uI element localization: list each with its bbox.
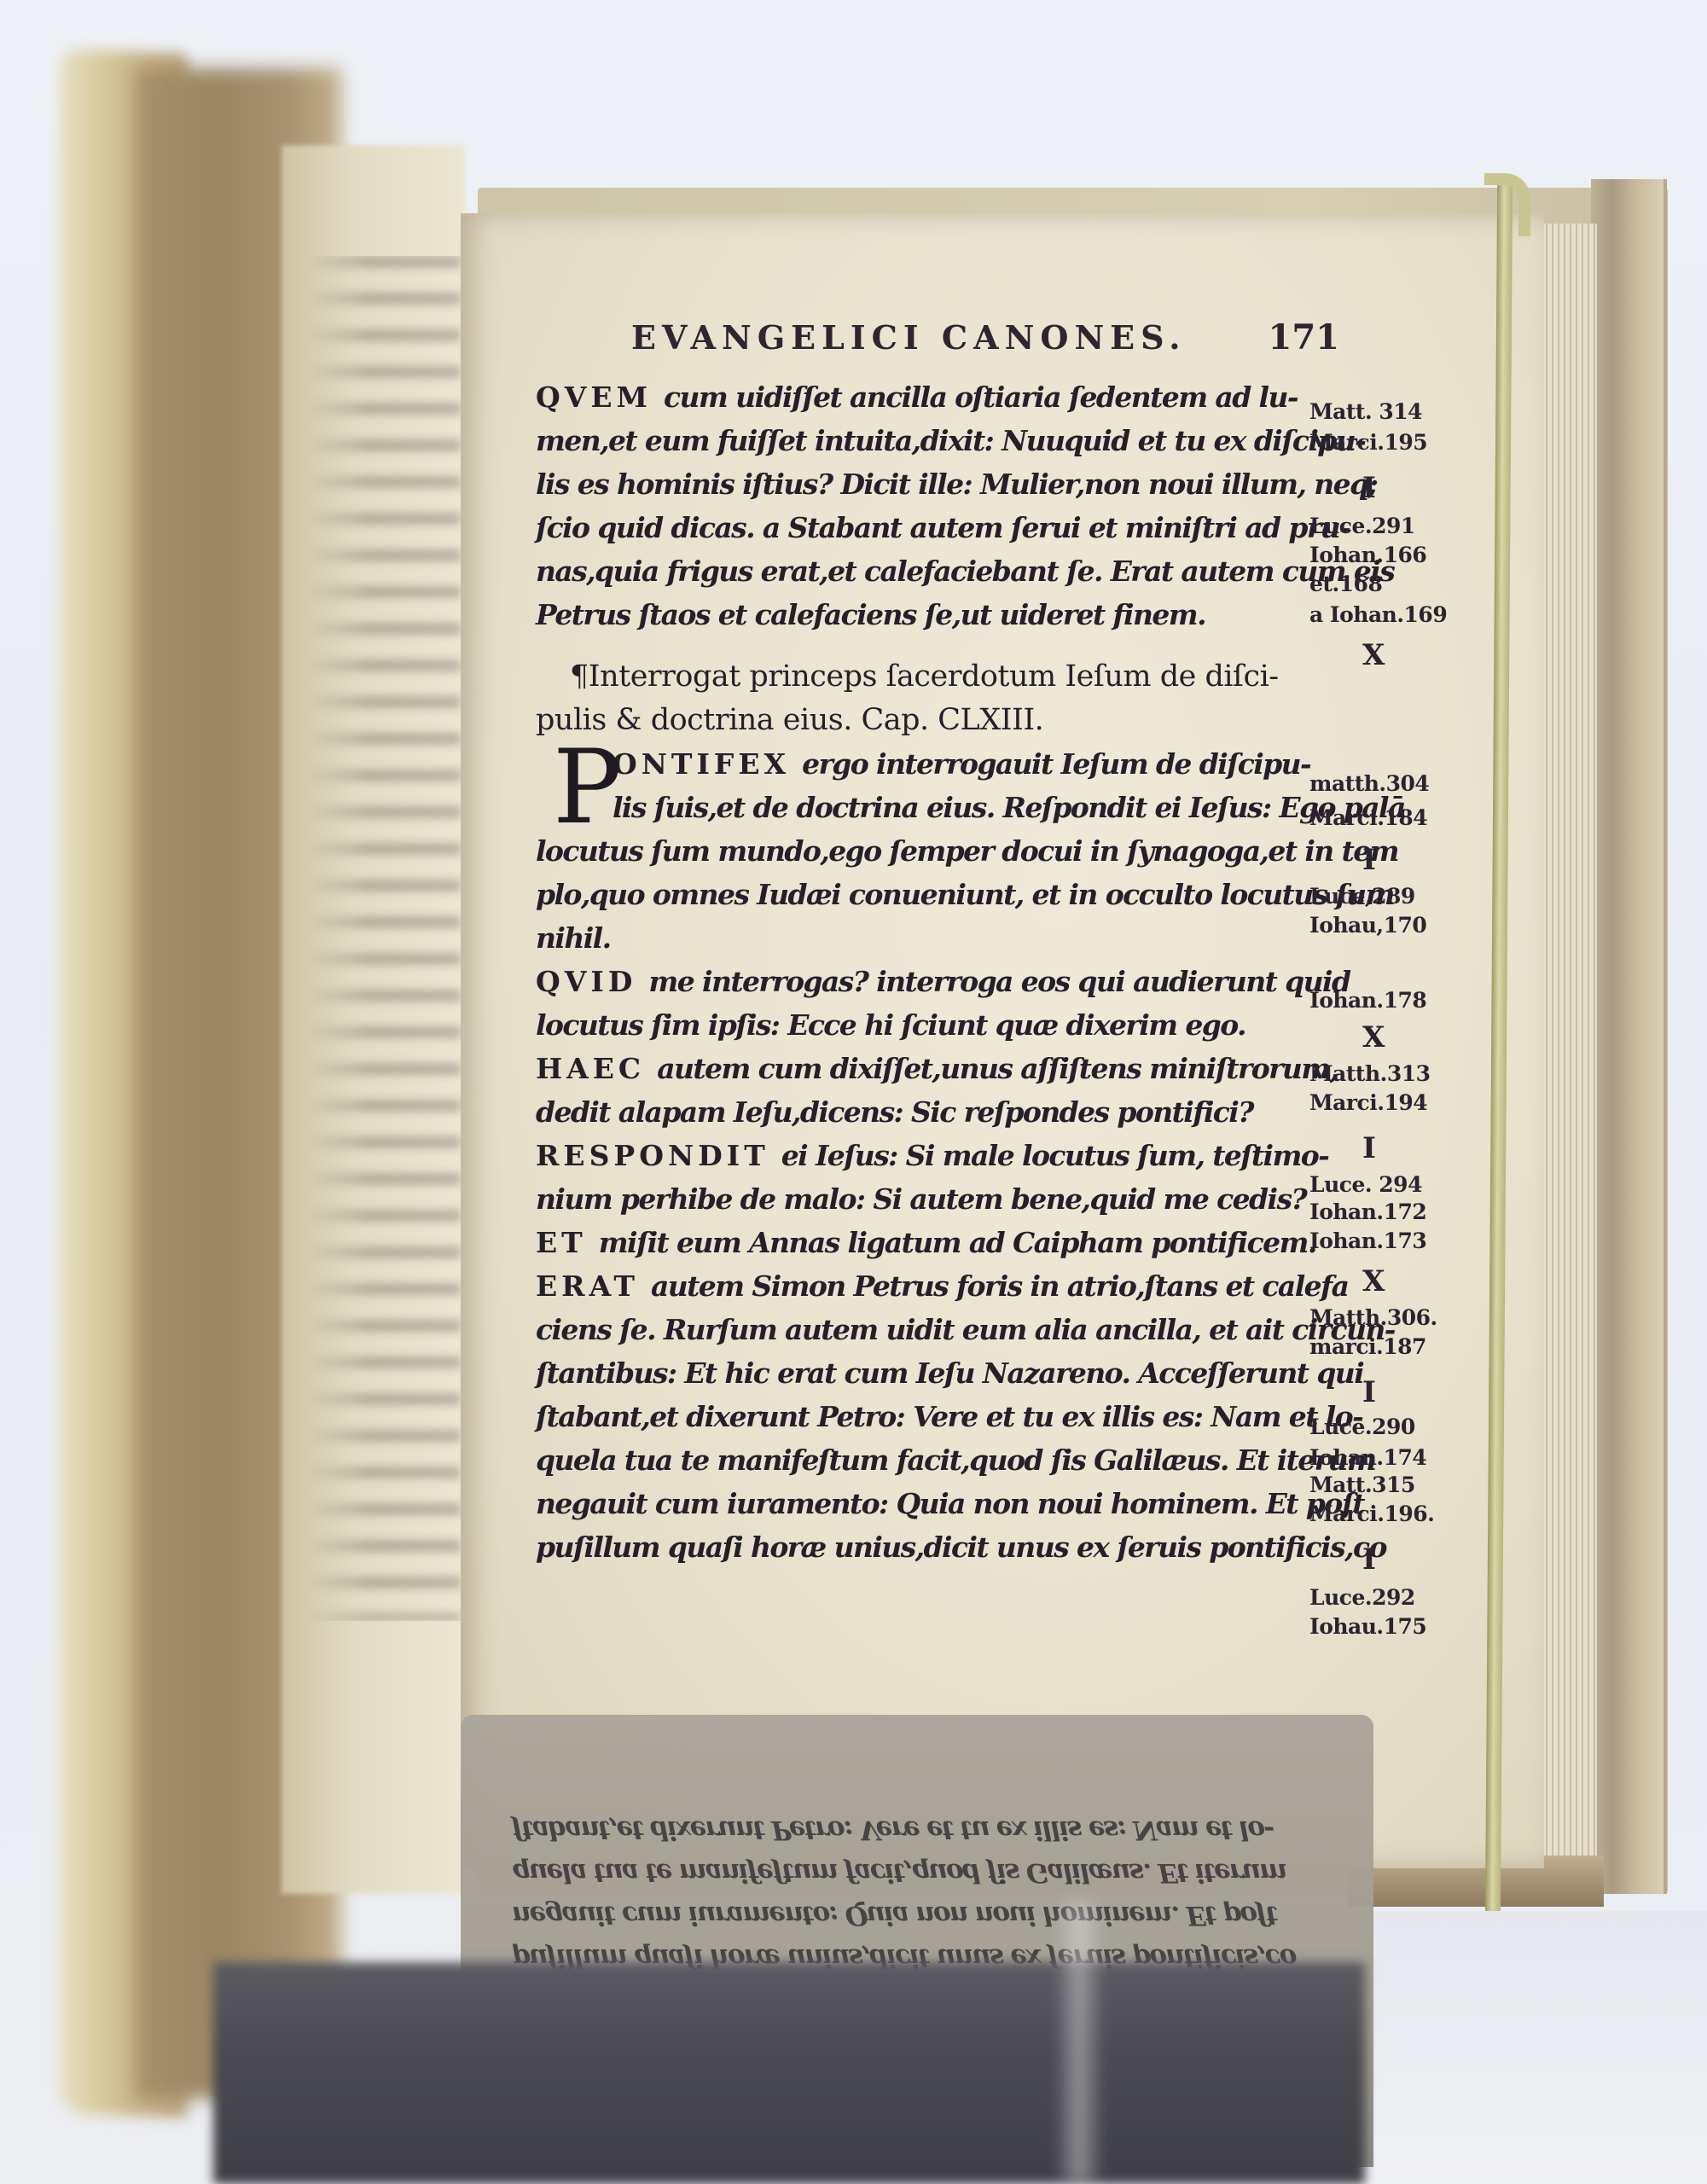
line-text: miſit eum Annas ligatum ad Caipham ponti… — [599, 1226, 1316, 1259]
margin-reference: Marci.195 — [1309, 430, 1427, 455]
text-line: puſillum quaſi horæ unius,dicit unus ex … — [536, 1525, 1321, 1569]
text-line: Petrus ſtaos et calefaciens ſe,ut uidere… — [536, 593, 1321, 636]
text-line: lis ſuis,et de doctrina eius. Reſpondit … — [536, 786, 1321, 829]
margin-reference: matth.304 — [1309, 771, 1429, 796]
paragraph-gap — [536, 636, 1321, 655]
margin-reference: Iohan.172 — [1309, 1199, 1426, 1224]
margin-reference: Luce,289 — [1309, 884, 1415, 909]
text-line: lis es hominis iſtius? Dicit ille: Mulie… — [536, 462, 1321, 506]
text-line: nihil. — [536, 916, 1321, 960]
text-line: plo,quo omnes Iudæi conueniunt, et in oc… — [536, 873, 1321, 916]
main-text-block: QVEMcum uidiſſet ancilla oſtiaria ſedent… — [536, 375, 1321, 1569]
text-line: locutus ſum mundo,ego ſemper docui in ſy… — [536, 829, 1321, 873]
text-line: HAECautem cum dixiſſet,unus aſſiſtens mi… — [536, 1047, 1321, 1090]
paragraph-lead: QVEM — [536, 380, 652, 414]
page-number: 171 — [1269, 317, 1340, 357]
paragraph-lead: HAEC — [536, 1052, 645, 1085]
margin-reference: Iohau.175 — [1309, 1614, 1426, 1639]
text-line: men,et eum fuiſſet intuita,dixit: Nuuqui… — [536, 419, 1321, 462]
text-line: QVEMcum uidiſſet ancilla oſtiaria ſedent… — [536, 375, 1321, 419]
running-title: EVANGELICI CANONES. — [631, 318, 1186, 357]
paragraph-lead: ET — [536, 1226, 587, 1259]
margin-reference: Luce.292 — [1309, 1585, 1415, 1610]
margin-reference: Marci.184 — [1309, 805, 1427, 830]
concordance-mark: I — [1362, 471, 1375, 505]
margin-reference: Marci.196. — [1309, 1501, 1434, 1526]
margin-reference: Iohau,170 — [1309, 913, 1426, 938]
margin-reference: Matth.313 — [1309, 1061, 1431, 1086]
margin-reference: et.168 — [1309, 572, 1382, 596]
text-line: ETmiſit eum Annas ligatum ad Caipham pon… — [536, 1221, 1321, 1264]
text-line: ſtabant,et dixerunt Petro: Vere et tu ex… — [536, 1395, 1321, 1438]
table-surface — [1365, 1911, 1707, 2184]
concordance-mark: I — [1362, 1131, 1375, 1165]
concordance-mark: I — [1362, 1375, 1375, 1409]
text-line: ERATautem Simon Petrus foris in atrio,ſt… — [536, 1264, 1321, 1308]
margin-reference: Marci.194 — [1309, 1090, 1427, 1115]
margin-reference: marci.187 — [1309, 1334, 1426, 1359]
margin-reference: Iohan.173 — [1309, 1228, 1426, 1253]
margin-reference: Luce.290 — [1309, 1414, 1415, 1439]
paragraph-lead: ERAT — [536, 1269, 639, 1303]
margin-reference: Luce. 294 — [1309, 1172, 1422, 1197]
left-page-blurred-text — [307, 256, 461, 1621]
margin-reference: Luce.291 — [1309, 514, 1415, 538]
margin-reference: Iohan.166 — [1309, 543, 1426, 567]
text-line: ſtantibus: Et hic erat cum Ieſu Nazareno… — [536, 1351, 1321, 1395]
text-line: quela tua te manifeſtum facit,quod ſis G… — [536, 1438, 1321, 1482]
reflection-line: ſtabant,et dixerunt Petro: Vere et tu ex… — [512, 1809, 1331, 1851]
concordance-mark: X — [1362, 1264, 1385, 1298]
chapter-heading-line: ¶Interrogat princeps ſacerdotum Ieſum de… — [536, 655, 1321, 699]
line-text: cum uidiſſet ancilla oſtiaria ſedentem a… — [664, 380, 1298, 414]
text-line: negauit cum iuramento: Quia non noui hom… — [536, 1482, 1321, 1525]
reflection-line: quela tua te manifeſtum facit,quod ſis G… — [512, 1851, 1331, 1894]
paragraph-lead: ONTIFEX — [613, 747, 790, 781]
drop-cap: P — [553, 746, 620, 831]
paragraph-lead: QVID — [536, 965, 636, 998]
reflection-line: negauit cum iuramento: Quia non noui hom… — [512, 1894, 1331, 1937]
text-line: nas,quia frigus erat,et calefaciebant ſe… — [536, 549, 1321, 593]
paragraph-lead: RESPONDIT — [536, 1139, 769, 1172]
concordance-mark: I — [1362, 843, 1375, 877]
concordance-mark: X — [1362, 638, 1385, 672]
chapter-heading-line: pulis & doctrina eius. Cap. CLXIII. — [536, 699, 1321, 742]
text-line: PONTIFEXergo interrogauit Ieſum de diſci… — [536, 742, 1321, 786]
mirrored-text-reflection: puſillum quaſi horæ unius,dicit unus ex … — [512, 1809, 1331, 1979]
margin-reference: Matt. 314 — [1309, 399, 1422, 424]
foreground-highlight — [1058, 1902, 1100, 2184]
margin-reference: a Iohan.169 — [1309, 602, 1447, 627]
text-line: dedit alapam Ieſu,dicens: Sic reſpondes … — [536, 1090, 1321, 1134]
line-text: autem Simon Petrus foris in atrio,ſtans … — [651, 1269, 1348, 1303]
running-head: EVANGELICI CANONES. 171 — [631, 317, 1339, 357]
line-text: autem cum dixiſſet,unus aſſiſtens miniſt… — [657, 1052, 1338, 1085]
book-photograph: EVANGELICI CANONES. 171 QVEMcum uidiſſet… — [0, 0, 1707, 2184]
text-line: locutus ſim ipſis: Ecce hi ſciunt quæ di… — [536, 1003, 1321, 1047]
margin-reference: Matt.315 — [1309, 1472, 1415, 1497]
concordance-mark: X — [1362, 1020, 1385, 1054]
foreground-book-support — [213, 1962, 1365, 2184]
margin-reference: Matth.306. — [1309, 1305, 1437, 1330]
line-text: ei Ieſus: Si male locutus ſum, teſtimo- — [781, 1139, 1329, 1172]
margin-reference: Iohan.178 — [1309, 988, 1426, 1013]
text-line: RESPONDITei Ieſus: Si male locutus ſum, … — [536, 1134, 1321, 1177]
text-line: nium perhibe de malo: Si autem bene,quid… — [536, 1177, 1321, 1221]
rubber-band-loop — [1484, 173, 1530, 236]
margin-reference: Iohan.174 — [1309, 1445, 1426, 1470]
binding-edge — [1591, 179, 1667, 1894]
text-line: QVIDme interrogas? interroga eos qui aud… — [536, 960, 1321, 1003]
text-line: ſcio quid dicas. a Stabant autem ſerui e… — [536, 506, 1321, 549]
text-line: ciens ſe. Rurſum autem uidit eum alia an… — [536, 1308, 1321, 1351]
line-text: me interrogas? interroga eos qui audieru… — [648, 965, 1350, 998]
page-stack — [1536, 224, 1597, 1870]
line-text: ergo interrogauit Ieſum de diſcipu- — [802, 747, 1310, 781]
concordance-mark: I — [1362, 1542, 1375, 1577]
